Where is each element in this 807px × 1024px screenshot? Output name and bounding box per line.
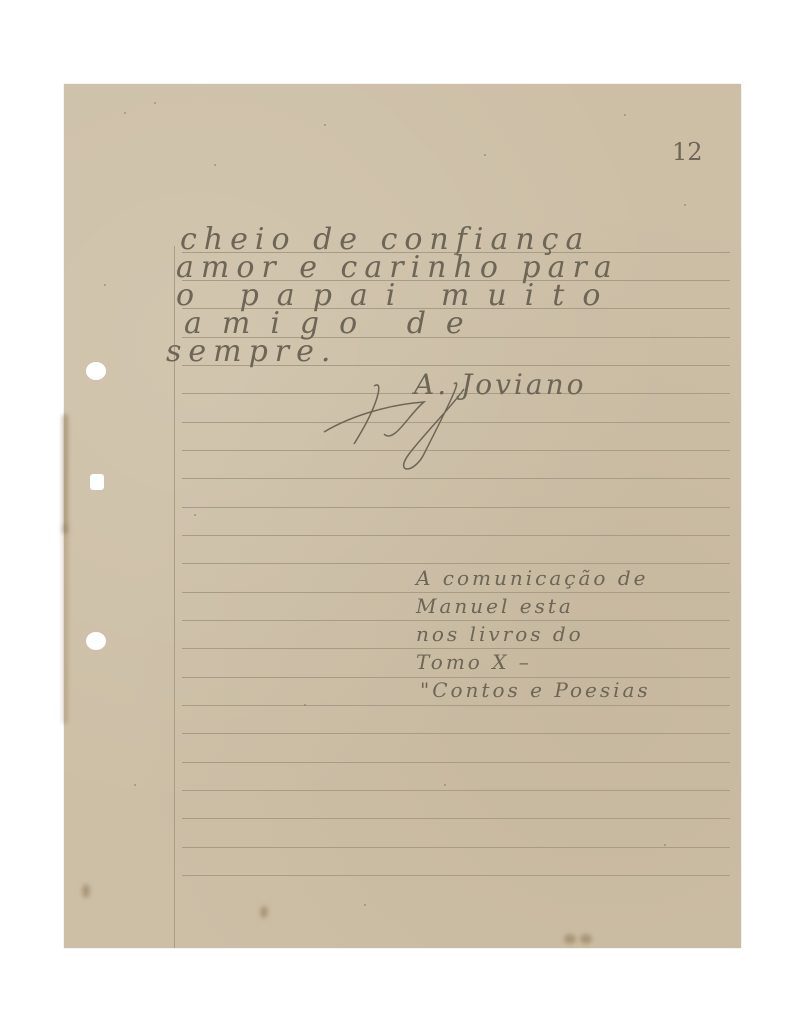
signature: A. Joviano [414,368,586,401]
ruled-line [182,847,730,848]
ruled-line [182,535,730,536]
page-number: 12 [672,138,703,166]
edge-stain [62,414,68,534]
note-line-3: nos livros do [416,622,584,646]
ruled-line [182,705,730,706]
stain [580,934,592,944]
note-line-5: "Contos e Poesias [420,678,651,702]
ruled-line [182,790,730,791]
ruled-line [182,733,730,734]
ruled-line [182,592,730,593]
punch-hole [86,362,106,380]
punch-hole-torn [90,474,104,490]
ruled-line [182,507,730,508]
ruled-line [182,620,730,621]
ruled-line [182,875,730,876]
note-line-2: Manuel esta [416,594,574,618]
letter-page: 12 cheio de confiança amor e carinho par… [64,84,741,948]
note-line-4: Tomo X – [416,650,532,674]
edge-stain [62,524,68,724]
stain [260,906,268,918]
stain [82,884,90,898]
punch-hole [86,632,106,650]
ruled-line [182,563,730,564]
ruled-line [182,648,730,649]
note-line-1: A comunicação de [416,566,648,590]
stain [564,934,576,944]
ruled-line [182,762,730,763]
letter-line-5: sempre. [166,334,337,369]
ruled-line [182,818,730,819]
